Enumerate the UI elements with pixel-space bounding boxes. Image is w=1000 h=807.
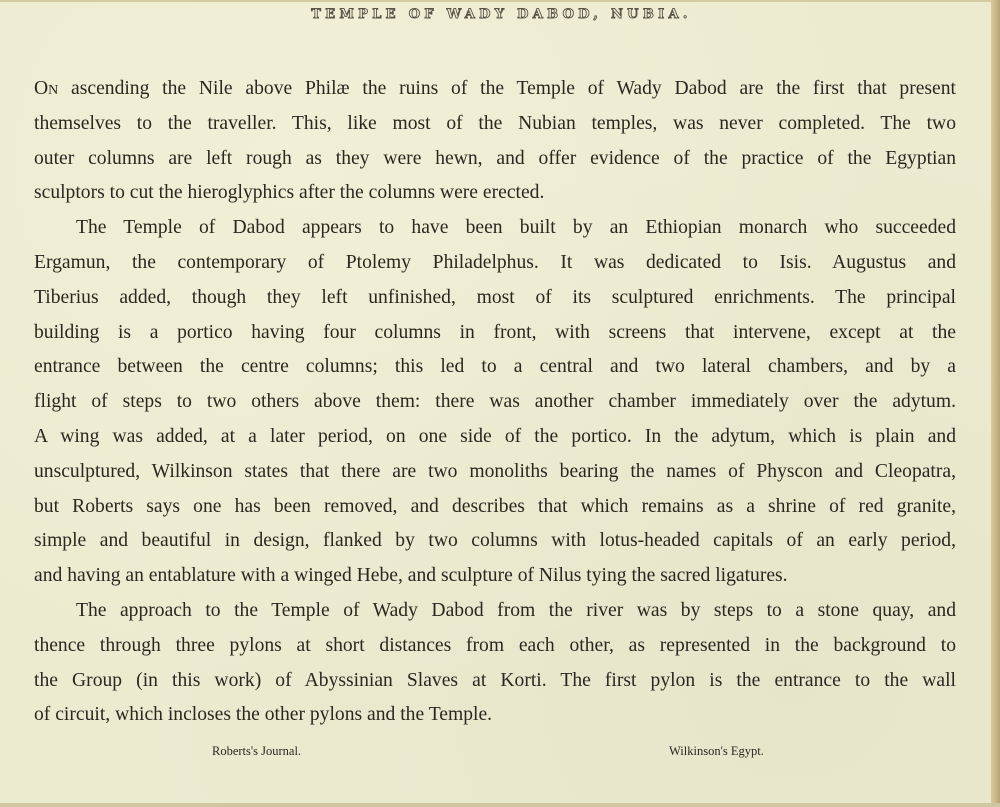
paragraph-3: The approach to the Temple of Wady Dabod… — [34, 594, 956, 733]
paragraph-line: outer columns are left rough as they wer… — [34, 142, 956, 177]
body-text: ON ascending the Nile above Philæ the ru… — [34, 72, 956, 733]
paragraph-line: The approach to the Temple of Wady Dabod… — [76, 594, 956, 629]
paragraph-line: and having an entablature with a winged … — [34, 559, 956, 594]
paragraph-line: entrance between the centre columns; thi… — [34, 350, 956, 385]
page-edge-right — [991, 0, 1000, 807]
paragraph-line: the Group (in this work) of Abyssinian S… — [34, 664, 956, 699]
paragraph-line: Ergamun, the contemporary of Ptolemy Phi… — [34, 246, 956, 281]
dropcap-first-letter: O — [34, 78, 48, 99]
paragraph-line: themselves to the traveller. This, like … — [34, 107, 956, 142]
paragraph-line: but Roberts says one has been removed, a… — [34, 490, 956, 525]
paragraph-line: building is a portico having four column… — [34, 316, 956, 351]
page-title: Temple of Wady Dabod, Nubia. — [6, 7, 997, 22]
paragraph-1: ON ascending the Nile above Philæ the ru… — [34, 72, 956, 211]
paragraph-line: Tiberius added, though they left unfinis… — [34, 281, 956, 316]
paragraph-line: of circuit, which incloses the other pyl… — [34, 698, 956, 733]
source-citation-left: Roberts's Journal. — [212, 744, 301, 759]
document-page: Temple of Wady Dabod, Nubia. ON ascendin… — [0, 0, 991, 805]
dropcap-rest: N — [48, 83, 58, 98]
paragraph-line: A wing was added, at a later period, on … — [34, 420, 956, 455]
source-citation-right: Wilkinson's Egypt. — [669, 744, 764, 759]
page-edge-bottom — [0, 803, 1000, 807]
paragraph-line: flight of steps to two others above them… — [34, 385, 956, 420]
paragraph-line: sculptors to cut the hieroglyphics after… — [34, 176, 956, 211]
footer-citations: Roberts's Journal. Wilkinson's Egypt. — [0, 744, 991, 764]
paragraph-2: The Temple of Dabod appears to have been… — [34, 211, 956, 594]
paragraph-line: ON ascending the Nile above Philæ the ru… — [34, 72, 956, 109]
paragraph-line: thence through three pylons at short dis… — [34, 629, 956, 664]
paragraph-line: unsculptured, Wilkinson states that ther… — [34, 455, 956, 490]
paragraph-line: The Temple of Dabod appears to have been… — [76, 211, 956, 246]
paragraph-line: simple and beautiful in design, flanked … — [34, 524, 956, 559]
